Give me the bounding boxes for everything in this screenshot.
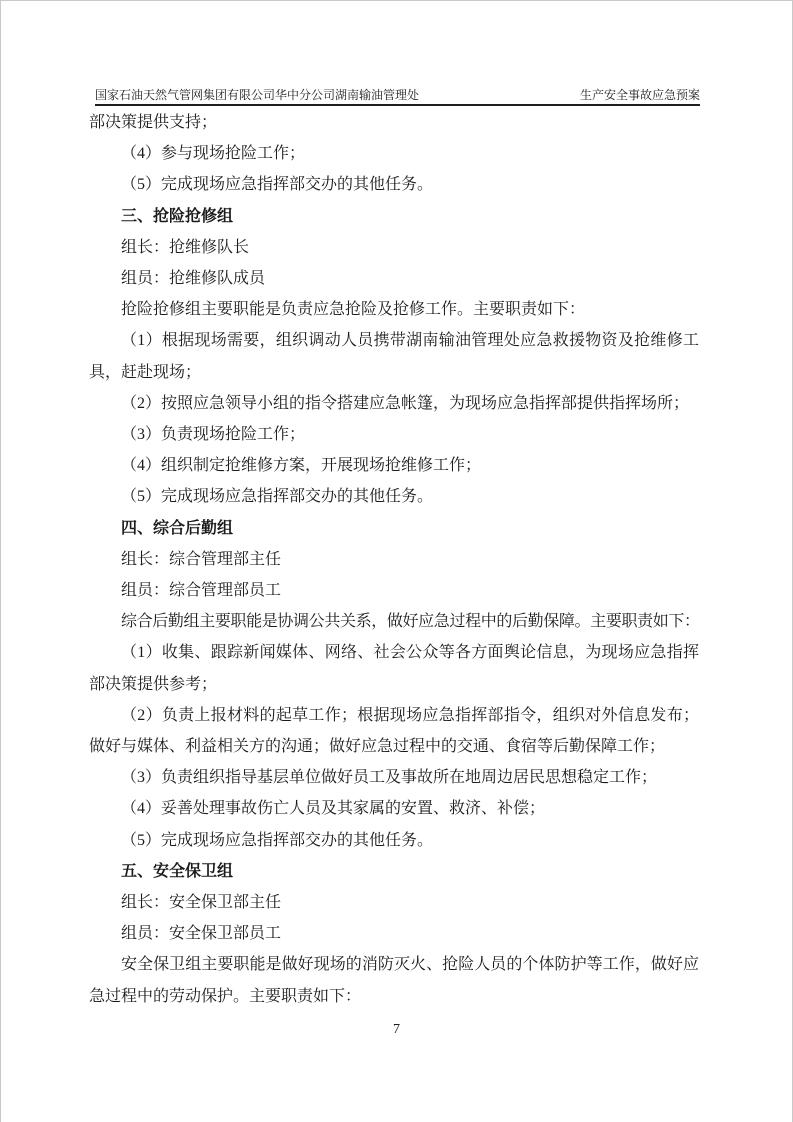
text-line: 综合后勤组主要职能是协调公共关系，做好应急过程中的后勤保障。主要职责如下： — [89, 606, 699, 637]
text-line: （5）完成现场应急指挥部交办的其他任务。 — [89, 169, 699, 200]
text-line: （2）按照应急领导小组的指令搭建应急帐篷，为现场应急指挥部提供指挥场所； — [89, 388, 699, 419]
document-body: 部决策提供支持；（4）参与现场抢险工作；（5）完成现场应急指挥部交办的其他任务。… — [89, 106, 699, 1012]
text-line: （3）负责组织指导基层单位做好员工及事故所在地周边居民思想稳定工作； — [89, 762, 699, 793]
text-line: （1）根据现场需要，组织调动人员携带湖南输油管理处应急救援物资及抢维修工 — [89, 325, 699, 356]
page-number: 7 — [393, 1022, 400, 1037]
text-line: 组长：综合管理部主任 — [89, 544, 699, 575]
header-left-title: 国家石油天然气管网集团有限公司华中分公司湖南输油管理处 — [95, 87, 419, 103]
text-line: 部决策提供参考； — [89, 669, 699, 700]
section-heading: 五、安全保卫组 — [89, 856, 699, 887]
text-line: 组长：抢维修队长 — [89, 232, 699, 263]
text-line: 部决策提供支持； — [89, 107, 699, 138]
text-line: 组长：安全保卫部主任 — [89, 887, 699, 918]
text-line: 组员：安全保卫部员工 — [89, 918, 699, 949]
text-line: （2）负责上报材料的起草工作；根据现场应急指挥部指令，组织对外信息发布； — [89, 700, 699, 731]
text-line: 具，赶赴现场； — [89, 357, 699, 388]
text-line: （3）负责现场抢险工作； — [89, 419, 699, 450]
header-right-title: 生产安全事故应急预案 — [580, 87, 700, 103]
page-header: 国家石油天然气管网集团有限公司华中分公司湖南输油管理处 生产安全事故应急预案 — [95, 87, 700, 106]
page-footer: 7 — [1, 1020, 792, 1040]
text-line: 抢险抢修组主要职能是负责应急抢险及抢修工作。主要职责如下： — [89, 294, 699, 325]
document-page: 国家石油天然气管网集团有限公司华中分公司湖南输油管理处 生产安全事故应急预案 部… — [0, 0, 793, 1122]
section-heading: 三、抢险抢修组 — [89, 201, 699, 232]
text-line: （4）妥善处理事故伤亡人员及其家属的安置、救济、补偿； — [89, 793, 699, 824]
text-line: 急过程中的劳动保护。主要职责如下： — [89, 981, 699, 1012]
text-line: （1）收集、跟踪新闻媒体、网络、社会公众等各方面舆论信息，为现场应急指挥 — [89, 637, 699, 668]
text-line: 安全保卫组主要职能是做好现场的消防灭火、抢险人员的个体防护等工作，做好应 — [89, 949, 699, 980]
text-line: （4）组织制定抢维修方案，开展现场抢维修工作； — [89, 450, 699, 481]
text-line: （5）完成现场应急指挥部交办的其他任务。 — [89, 481, 699, 512]
text-line: （4）参与现场抢险工作； — [89, 138, 699, 169]
text-line: （5）完成现场应急指挥部交办的其他任务。 — [89, 825, 699, 856]
section-heading: 四、综合后勤组 — [89, 513, 699, 544]
text-line: 做好与媒体、利益相关方的沟通；做好应急过程中的交通、食宿等后勤保障工作； — [89, 731, 699, 762]
text-line: 组员：抢维修队成员 — [89, 263, 699, 294]
text-line: 组员：综合管理部员工 — [89, 575, 699, 606]
